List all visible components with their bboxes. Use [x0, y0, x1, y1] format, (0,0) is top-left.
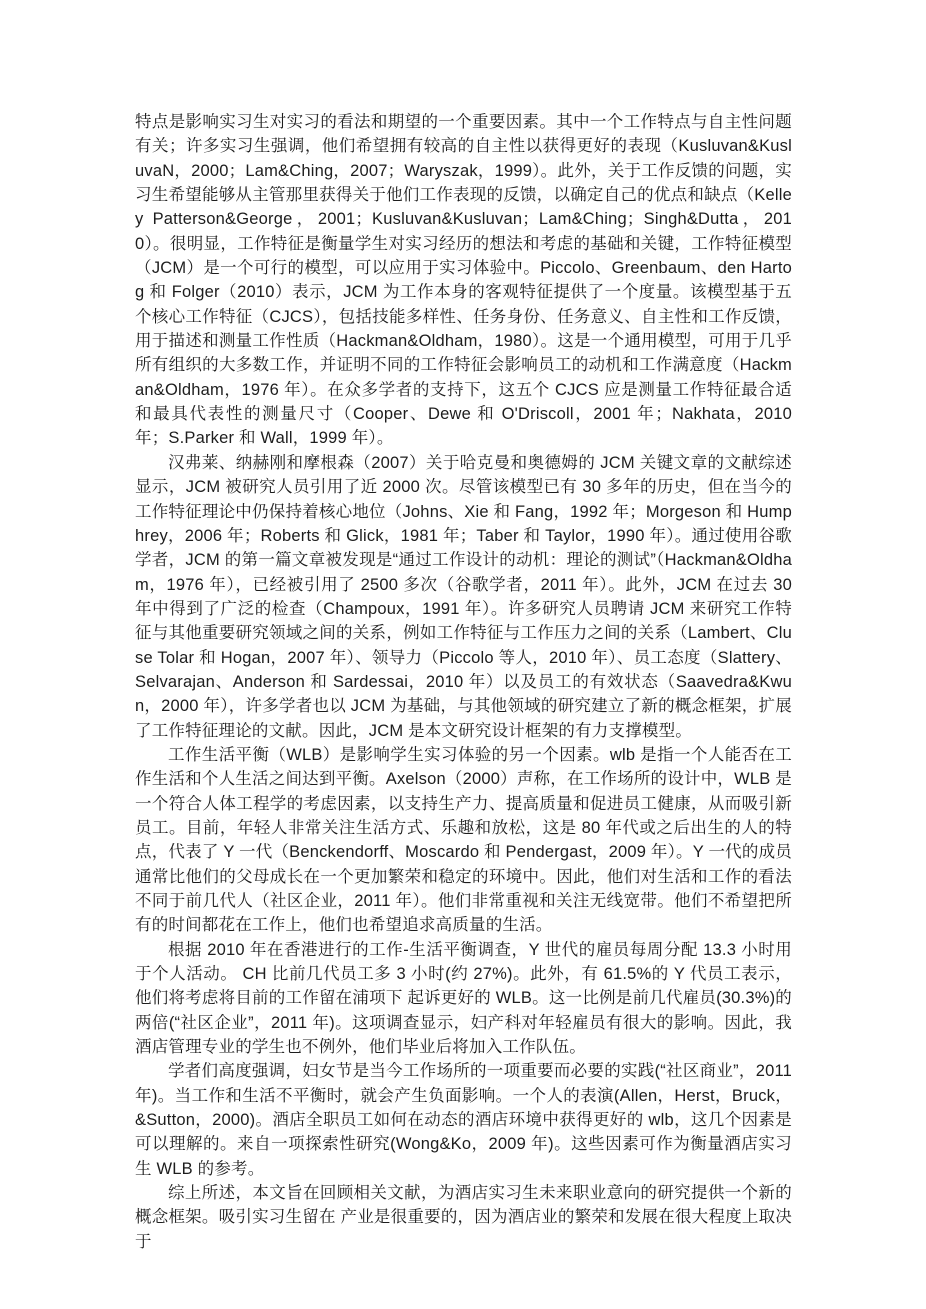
paragraph: 根据 2010 年在香港进行的工作-生活平衡调查，Y 世代的雇员每周分配 13.…	[135, 938, 792, 1060]
paragraph: 综上所述，本文旨在回顾相关文献，为酒店实习生未来职业意向的研究提供一个新的概念框…	[135, 1181, 792, 1254]
paragraph: 汉弗莱、纳赫刚和摩根森（2007）关于哈克曼和奥德姆的 JCM 关键文章的文献综…	[135, 451, 792, 743]
paragraph: 特点是影响实习生对实习的看法和期望的一个重要因素。其中一个工作特点与自主性问题有…	[135, 110, 792, 451]
document-page: 特点是影响实习生对实习的看法和期望的一个重要因素。其中一个工作特点与自主性问题有…	[0, 0, 926, 1309]
paragraph: 工作生活平衡（WLB）是影响学生实习体验的另一个因素。wlb 是指一个人能否在工…	[135, 743, 792, 938]
paragraph: 学者们高度强调，妇女节是当今工作场所的一项重要而必要的实践(“社区商业”，201…	[135, 1059, 792, 1181]
document-body: 特点是影响实习生对实习的看法和期望的一个重要因素。其中一个工作特点与自主性问题有…	[135, 110, 792, 1254]
